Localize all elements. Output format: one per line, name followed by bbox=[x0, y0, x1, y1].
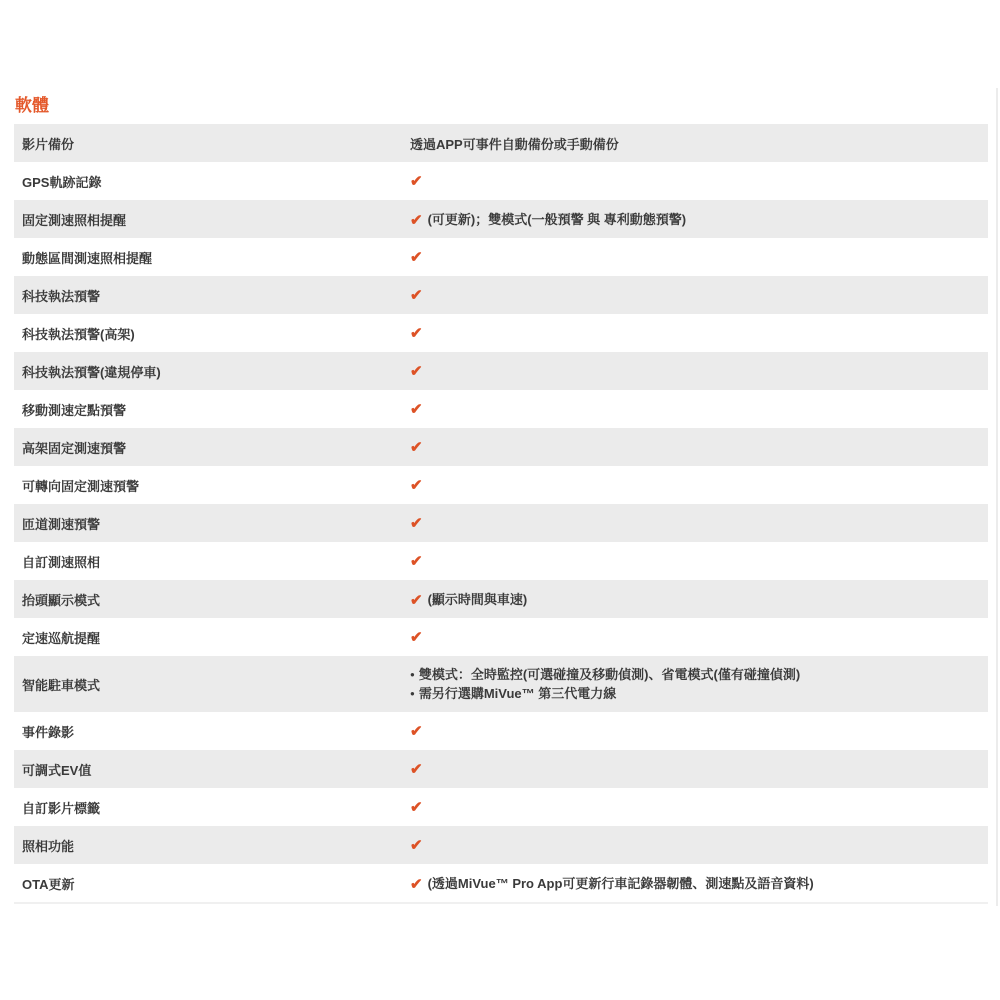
section-title: 軟體 bbox=[14, 96, 988, 116]
check-icon: ✔ bbox=[410, 515, 423, 532]
check-icon: ✔ bbox=[410, 592, 423, 609]
table-row: 科技執法預警(高架)✔ bbox=[14, 314, 988, 352]
table-row: 匝道測速預警✔ bbox=[14, 504, 988, 542]
feature-value: ✔ bbox=[410, 248, 988, 266]
bullet-text: 雙模式：全時監控(可選碰撞及移動偵測)、省電模式(僅有碰撞偵測) bbox=[419, 667, 800, 682]
feature-value: ✔ bbox=[410, 438, 988, 456]
feature-value: ✔ bbox=[410, 514, 988, 532]
feature-value-text: 透過APP可事件自動備份或手動備份 bbox=[410, 137, 619, 152]
spec-section: 軟體 影片備份透過APP可事件自動備份或手動備份GPS軌跡記錄✔固定測速照相提醒… bbox=[14, 96, 988, 904]
feature-label: 高架固定測速預警 bbox=[14, 438, 410, 457]
bullet-icon: ● bbox=[410, 689, 415, 698]
table-row: 可轉向固定測速預警✔ bbox=[14, 466, 988, 504]
feature-label: 移動測速定點預警 bbox=[14, 400, 410, 419]
bullet-line: ●需另行選購MiVue™ 第三代電力線 bbox=[410, 684, 980, 703]
check-icon: ✔ bbox=[410, 173, 423, 190]
feature-value: ✔ bbox=[410, 476, 988, 494]
feature-label: 科技執法預警(違規停車) bbox=[14, 362, 410, 381]
check-icon: ✔ bbox=[410, 837, 423, 854]
feature-value-text: (顯示時間與車速) bbox=[428, 592, 528, 607]
feature-label: 可調式EV值 bbox=[14, 760, 410, 779]
feature-value: ✔ bbox=[410, 760, 988, 778]
table-row: 定速巡航提醒✔ bbox=[14, 618, 988, 656]
table-row: OTA更新✔(透過MiVue™ Pro App可更新行車記錄器韌體、測速點及語音… bbox=[14, 864, 988, 902]
feature-value: ●雙模式：全時監控(可選碰撞及移動偵測)、省電模式(僅有碰撞偵測)●需另行選購M… bbox=[410, 656, 988, 712]
feature-value: ✔ bbox=[410, 798, 988, 816]
table-row: 高架固定測速預警✔ bbox=[14, 428, 988, 466]
check-icon: ✔ bbox=[410, 249, 423, 266]
feature-label: 固定測速照相提醒 bbox=[14, 210, 410, 229]
check-icon: ✔ bbox=[410, 325, 423, 342]
table-row: GPS軌跡記錄✔ bbox=[14, 162, 988, 200]
check-icon: ✔ bbox=[410, 401, 423, 418]
table-row: 動態區間測速照相提醒✔ bbox=[14, 238, 988, 276]
table-row: 移動測速定點預警✔ bbox=[14, 390, 988, 428]
page-right-border bbox=[996, 88, 998, 906]
feature-value: ✔(可更新)；雙模式(一般預警 與 專利動態預警) bbox=[410, 209, 988, 229]
feature-label: 抬頭顯示模式 bbox=[14, 590, 410, 609]
feature-label: 動態區間測速照相提醒 bbox=[14, 248, 410, 267]
spec-table: 影片備份透過APP可事件自動備份或手動備份GPS軌跡記錄✔固定測速照相提醒✔(可… bbox=[14, 124, 988, 904]
feature-value: ✔(顯示時間與車速) bbox=[410, 589, 988, 609]
feature-value: ✔(透過MiVue™ Pro App可更新行車記錄器韌體、測速點及語音資料) bbox=[410, 873, 988, 893]
feature-value: ✔ bbox=[410, 628, 988, 646]
feature-label: 自訂影片標籤 bbox=[14, 798, 410, 817]
table-row: 自訂影片標籤✔ bbox=[14, 788, 988, 826]
check-icon: ✔ bbox=[410, 799, 423, 816]
feature-label: 科技執法預警 bbox=[14, 286, 410, 305]
feature-label: 定速巡航提醒 bbox=[14, 628, 410, 647]
feature-label: 自訂測速照相 bbox=[14, 552, 410, 571]
table-row: 照相功能✔ bbox=[14, 826, 988, 864]
feature-value: ✔ bbox=[410, 400, 988, 418]
table-row: 科技執法預警(違規停車)✔ bbox=[14, 352, 988, 390]
feature-label: 智能駐車模式 bbox=[14, 675, 410, 694]
feature-value: 透過APP可事件自動備份或手動備份 bbox=[410, 134, 988, 153]
bullet-line: ●雙模式：全時監控(可選碰撞及移動偵測)、省電模式(僅有碰撞偵測) bbox=[410, 665, 980, 684]
check-icon: ✔ bbox=[410, 439, 423, 456]
feature-label: GPS軌跡記錄 bbox=[14, 172, 410, 191]
check-icon: ✔ bbox=[410, 287, 423, 304]
table-row: 科技執法預警✔ bbox=[14, 276, 988, 314]
table-row: 智能駐車模式●雙模式：全時監控(可選碰撞及移動偵測)、省電模式(僅有碰撞偵測)●… bbox=[14, 656, 988, 712]
feature-value: ✔ bbox=[410, 836, 988, 854]
check-icon: ✔ bbox=[410, 553, 423, 570]
check-icon: ✔ bbox=[410, 629, 423, 646]
table-row: 可調式EV值✔ bbox=[14, 750, 988, 788]
feature-label: 匝道測速預警 bbox=[14, 514, 410, 533]
check-icon: ✔ bbox=[410, 723, 423, 740]
table-row: 事件錄影✔ bbox=[14, 712, 988, 750]
feature-label: 照相功能 bbox=[14, 836, 410, 855]
check-icon: ✔ bbox=[410, 761, 423, 778]
feature-value-text: (透過MiVue™ Pro App可更新行車記錄器韌體、測速點及語音資料) bbox=[428, 876, 814, 891]
feature-value: ✔ bbox=[410, 286, 988, 304]
feature-value: ✔ bbox=[410, 552, 988, 570]
feature-value: ✔ bbox=[410, 362, 988, 380]
feature-label: 影片備份 bbox=[14, 134, 410, 153]
bullet-text: 需另行選購MiVue™ 第三代電力線 bbox=[419, 686, 616, 701]
bullet-icon: ● bbox=[410, 670, 415, 679]
feature-value-text: (可更新)；雙模式(一般預警 與 專利動態預警) bbox=[428, 212, 687, 227]
check-icon: ✔ bbox=[410, 212, 423, 229]
feature-label: 事件錄影 bbox=[14, 722, 410, 741]
feature-value: ✔ bbox=[410, 722, 988, 740]
check-icon: ✔ bbox=[410, 363, 423, 380]
check-icon: ✔ bbox=[410, 876, 423, 893]
feature-value: ✔ bbox=[410, 172, 988, 190]
table-row: 抬頭顯示模式✔(顯示時間與車速) bbox=[14, 580, 988, 618]
feature-label: OTA更新 bbox=[14, 874, 410, 893]
feature-label: 可轉向固定測速預警 bbox=[14, 476, 410, 495]
table-row: 固定測速照相提醒✔(可更新)；雙模式(一般預警 與 專利動態預警) bbox=[14, 200, 988, 238]
table-row: 影片備份透過APP可事件自動備份或手動備份 bbox=[14, 124, 988, 162]
table-row: 自訂測速照相✔ bbox=[14, 542, 988, 580]
check-icon: ✔ bbox=[410, 477, 423, 494]
feature-label: 科技執法預警(高架) bbox=[14, 324, 410, 343]
feature-value: ✔ bbox=[410, 324, 988, 342]
